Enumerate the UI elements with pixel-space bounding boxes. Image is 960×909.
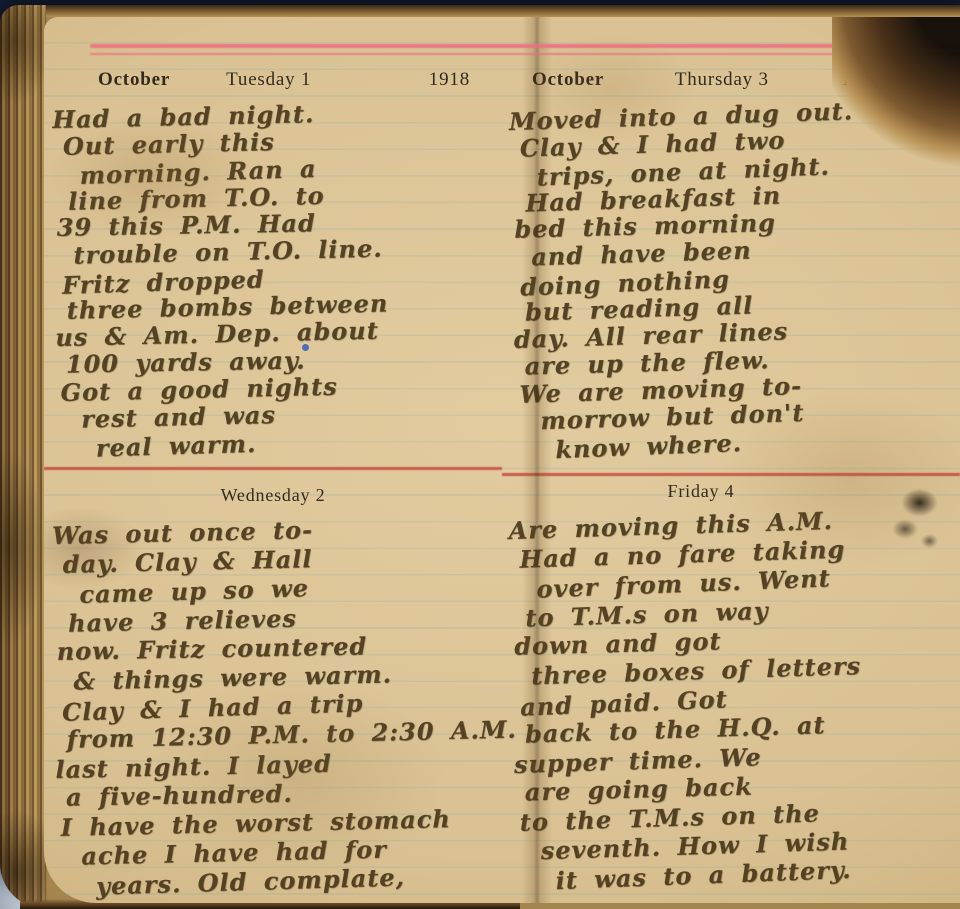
header-year: 1918 [841, 69, 882, 91]
printed-header-right: October Thursday 3 1918 [502, 69, 960, 99]
entry-wednesday-2: Was out once to-day. Clay & Hallcame up … [52, 511, 502, 901]
printed-subheader-friday: Friday 4 [502, 481, 900, 502]
entry-tuesday-1: Had a bad night.Out early thismorning. R… [52, 96, 502, 461]
diary-spread: October Tuesday 1 1918 Had a bad night.O… [44, 17, 960, 903]
diary-page-right: October Thursday 3 1918 Moved into a dug… [502, 17, 960, 903]
printed-subheader-wednesday: Wednesday 2 [44, 485, 502, 506]
header-month: October [532, 69, 604, 91]
header-day: Thursday 3 [675, 69, 769, 91]
header-month: October [98, 69, 170, 91]
entry-thursday-3: Moved into a dug out.Clay & I had twotri… [509, 94, 960, 463]
header-year: 1918 [429, 69, 470, 91]
red-divider-line [44, 467, 502, 470]
book-page-edges-left [0, 5, 46, 909]
diary-photo: October Tuesday 1 1918 Had a bad night.O… [0, 0, 960, 909]
red-divider-line [502, 473, 960, 476]
diary-page-left: October Tuesday 1 1918 Had a bad night.O… [44, 17, 502, 903]
printed-header-left: October Tuesday 1 1918 [44, 69, 502, 99]
entry-friday-4: Are moving this A.M.Had a no fare taking… [508, 502, 960, 895]
header-day: Tuesday 1 [226, 69, 311, 91]
book-top-edge [30, 5, 960, 17]
diary-book: October Tuesday 1 1918 Had a bad night.O… [0, 5, 960, 909]
